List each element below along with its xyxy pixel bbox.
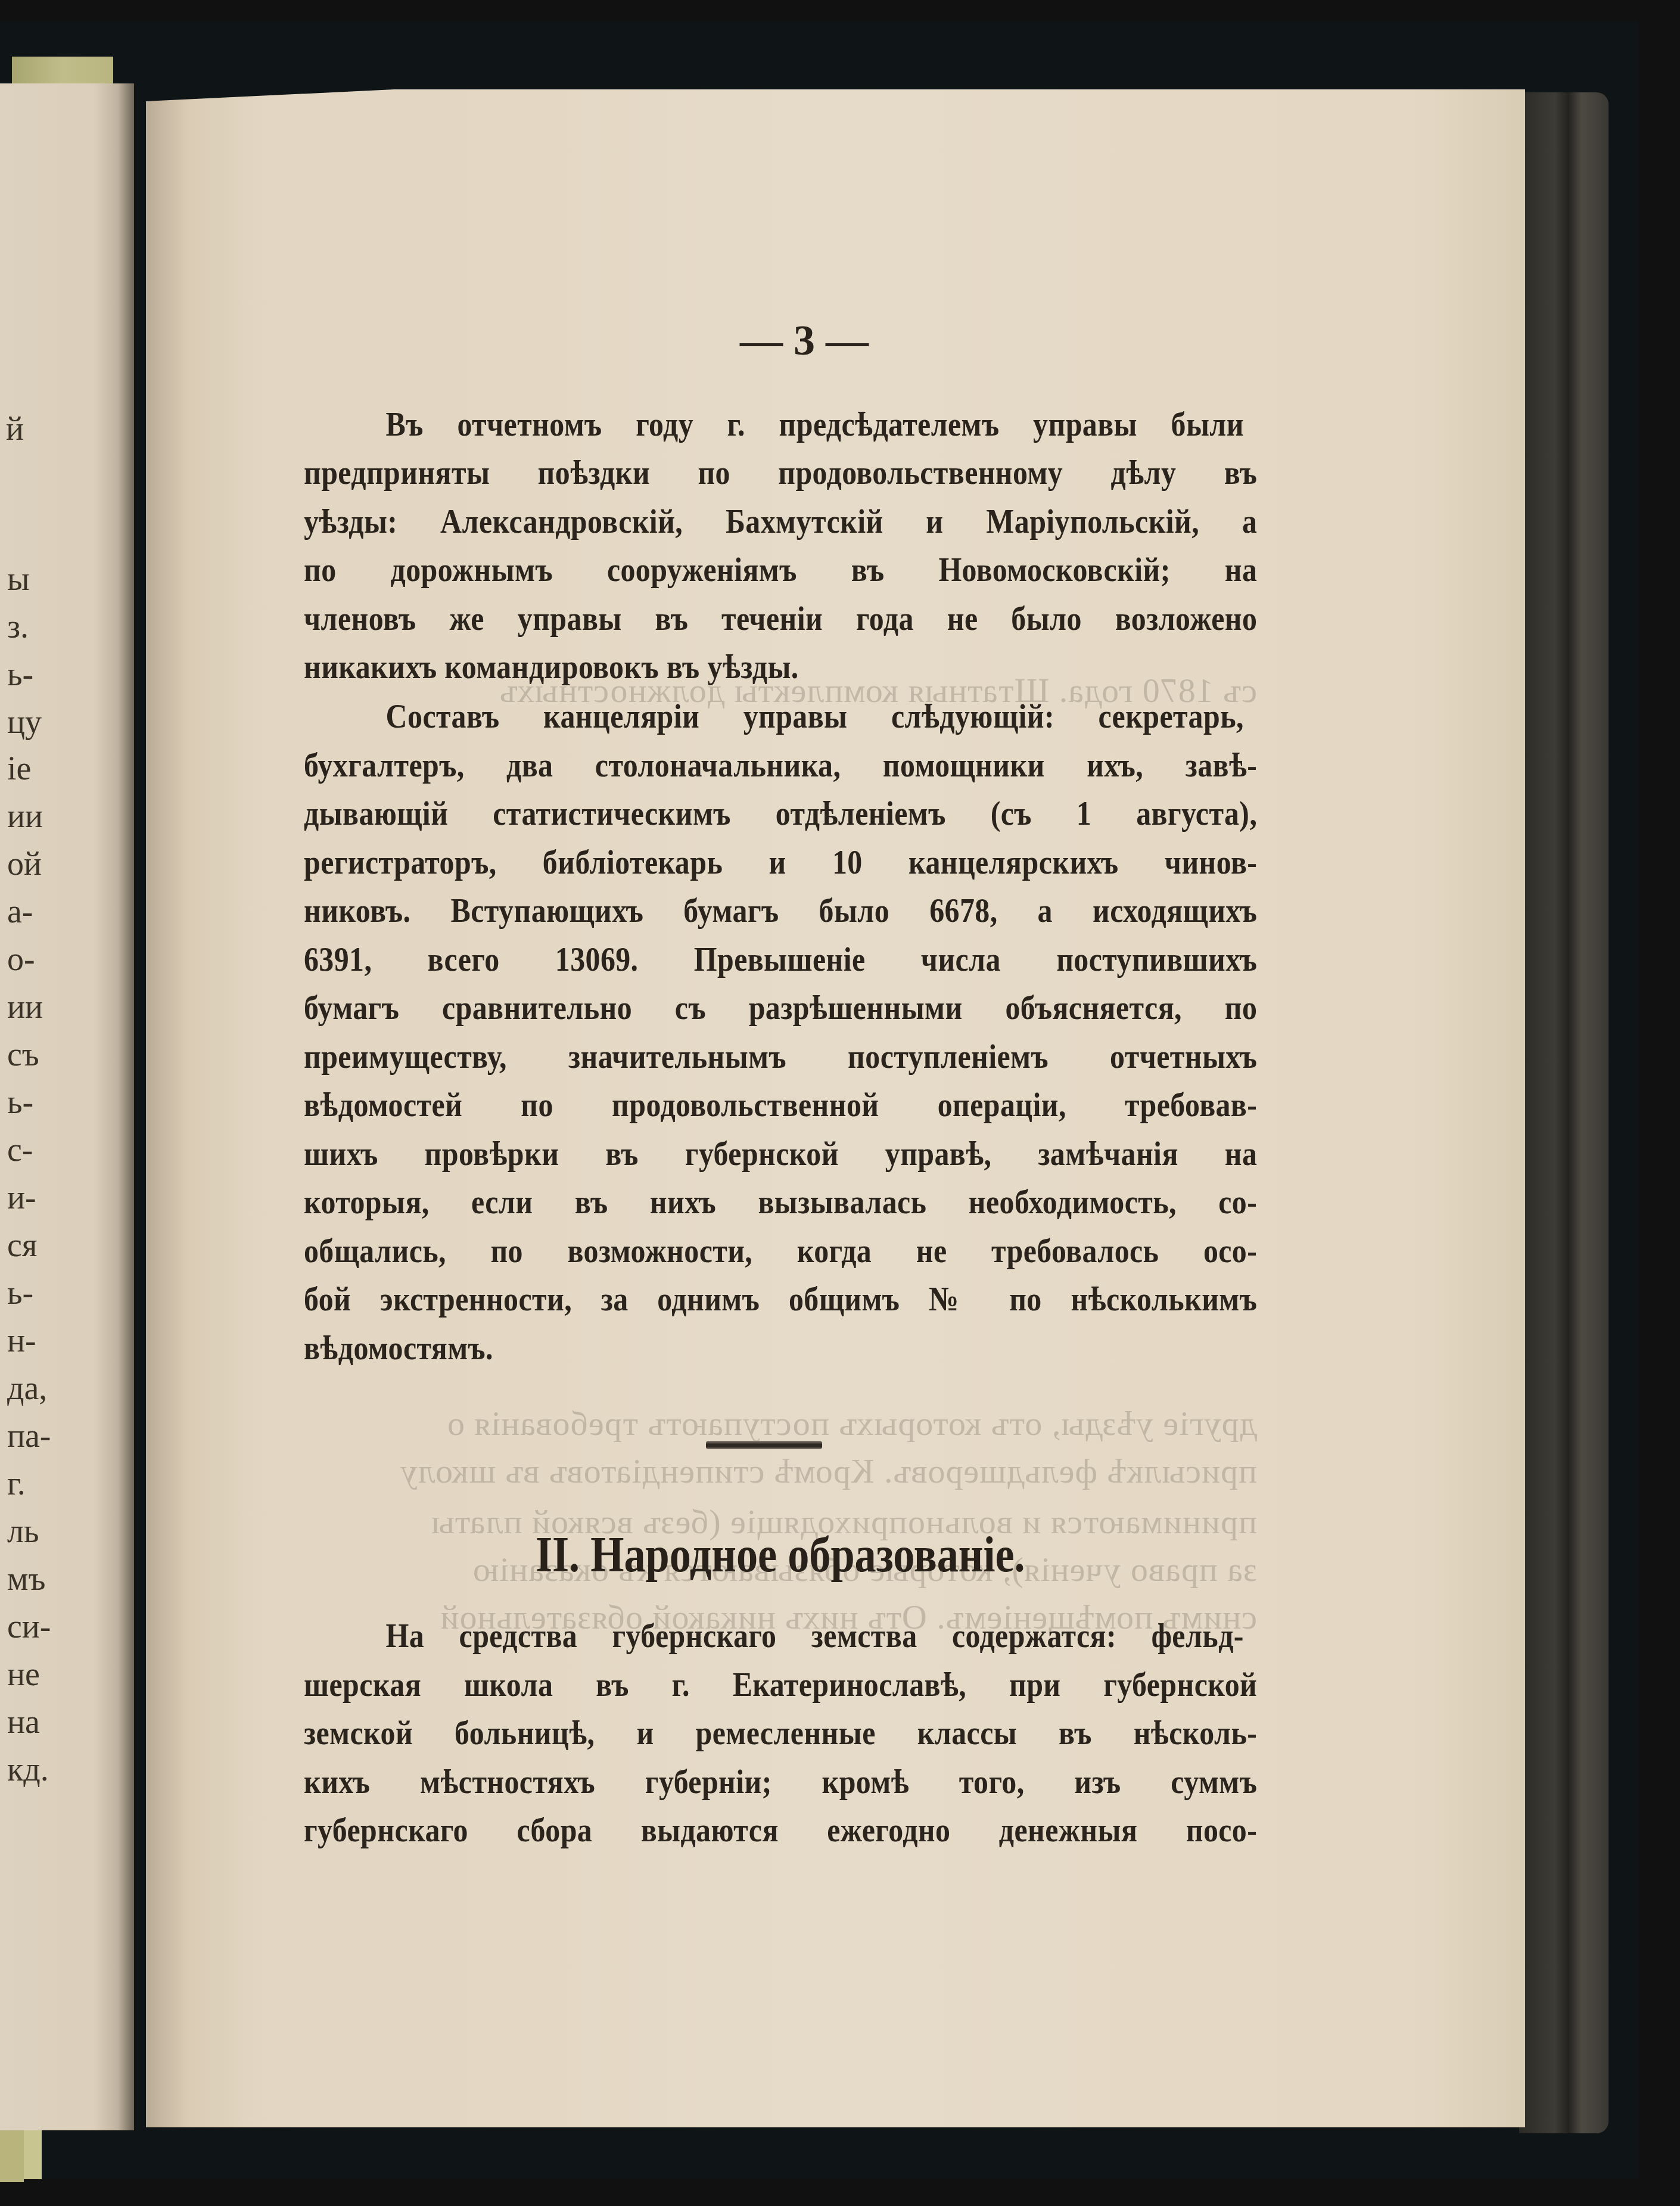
left-fragment: ся (7, 1226, 38, 1264)
text-line: предприняты поѣздки по продовольственном… (304, 449, 1124, 496)
left-fragment: й (6, 410, 24, 448)
text-line: преимуществу, значительнымъ поступленіем… (304, 1033, 1124, 1080)
left-fragment: ь- (7, 655, 33, 694)
text-line: никакихъ командировокъ въ уѣзды. (304, 643, 1124, 691)
text-line: вѣдомостямъ. (304, 1324, 1124, 1372)
text-line: шерская школа въ г. Екатеринославѣ, при … (304, 1661, 1124, 1708)
text-line: вѣдомостей по продовольственной операціи… (304, 1081, 1124, 1129)
left-fragment: не (7, 1655, 40, 1694)
section-divider (706, 1441, 822, 1449)
left-fragment: па- (7, 1417, 51, 1455)
left-fragment: кд. (7, 1751, 49, 1789)
text-line: бухгалтеръ, два столоначальника, помощни… (304, 741, 1124, 789)
text-line: кихъ мѣстностяхъ губерніи; кромѣ того, и… (304, 1758, 1124, 1806)
left-fragment: ы (7, 560, 30, 598)
book-cover-edge (1519, 92, 1609, 2133)
left-fragment: а- (7, 893, 33, 931)
left-fragment: си- (7, 1608, 51, 1646)
left-page-tab-bottom-2 (24, 2129, 42, 2179)
left-page-tab-bottom (0, 2129, 24, 2182)
left-fragment: ь- (7, 1083, 33, 1121)
bleed-through-text: присылкѣ фельдшеровъ. Кромѣ стипендіатов… (304, 1451, 1257, 1491)
text-line: которыя, если въ нихъ вызывалась необход… (304, 1178, 1124, 1226)
text-line: Составъ канцеляріи управы слѣдующій: сек… (304, 692, 1124, 740)
text-line: земской больницѣ, и ремесленные классы в… (304, 1709, 1124, 1757)
text-line: никовъ. Вступающихъ бумагъ было 6678, а … (304, 887, 1124, 934)
bleed-through-text: другіе уѣзды, отъ которыхъ поступаютъ тр… (304, 1403, 1257, 1443)
section-heading: II. Народное образованіе. (304, 1525, 1257, 1585)
text-line: дывающій статистическимъ отдѣленіемъ (съ… (304, 790, 1124, 837)
text-line: Въ отчетномъ году г. предсѣдателемъ упра… (304, 400, 1124, 448)
left-fragment: цу (7, 703, 42, 741)
left-fragment: ии (7, 797, 43, 835)
left-fragment: іе (7, 750, 31, 788)
left-fragment: з. (7, 608, 29, 646)
left-page: й ы з. ь- цу іе ии ой а- о- ии съ ь- с- … (0, 83, 134, 2130)
left-fragment: ь- (7, 1274, 33, 1312)
left-fragment: на (7, 1703, 40, 1741)
left-fragment: г. (7, 1465, 26, 1503)
text-line: бой экстренности, за однимъ общимъ № по … (304, 1275, 1124, 1323)
left-fragment: съ (7, 1036, 39, 1074)
page-number: — 3 — (715, 316, 894, 365)
text-line: уѣзды: Александровскій, Бахмутскій и Мар… (304, 498, 1124, 545)
left-fragment: ой (7, 845, 42, 883)
left-fragment: с- (7, 1131, 33, 1169)
left-fragment: да, (7, 1369, 47, 1408)
text-line: губернскаго сбора выдаются ежегодно дене… (304, 1806, 1124, 1854)
left-fragment: мъ (7, 1560, 45, 1598)
left-fragment: и- (7, 1179, 36, 1217)
left-fragment: ии (7, 988, 43, 1026)
text-line: На средства губернскаго земства содержат… (304, 1612, 1124, 1660)
text-line: общались, по возможности, когда не требо… (304, 1227, 1124, 1275)
text-line: по дорожнымъ сооруженіямъ въ Новомосковс… (304, 546, 1124, 594)
left-fragment: н- (7, 1322, 36, 1360)
text-line: шихъ провѣрки въ губернской управѣ, замѣ… (304, 1130, 1124, 1177)
text-line: регистраторъ, библіотекарь и 10 канцеляр… (304, 838, 1124, 886)
text-line: 6391, всего 13069. Превышеніе числа пост… (304, 936, 1124, 983)
left-fragment: ль (7, 1512, 39, 1551)
text-line: членовъ же управы въ теченіи года не был… (304, 595, 1124, 642)
text-line: бумагъ сравнительно съ разрѣшенными объя… (304, 984, 1124, 1031)
left-fragment: о- (7, 940, 35, 978)
